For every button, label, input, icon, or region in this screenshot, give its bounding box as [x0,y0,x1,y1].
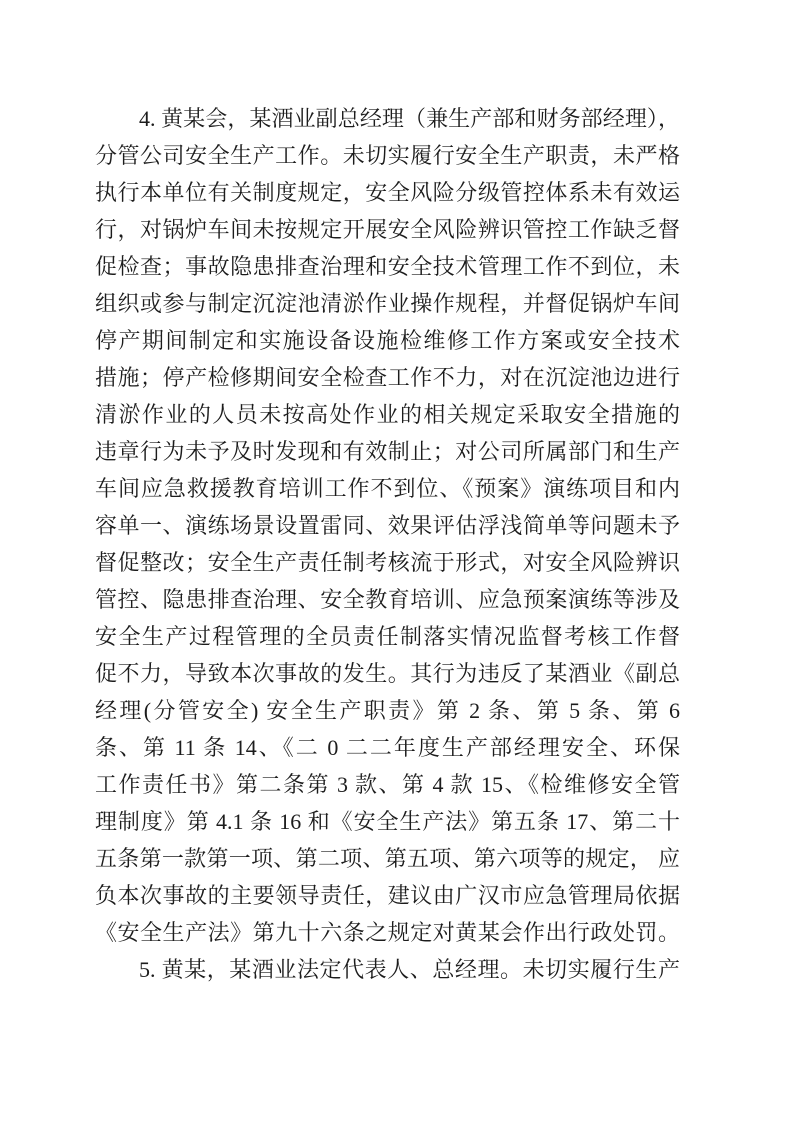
text-line: 督促整改；安全生产责任制考核流于形式，对安全风险辨识 [95,544,680,581]
text-line: 措施；停产检修期间安全检查工作不力，对在沉淀池边进行 [95,359,680,396]
text-line: 安全生产过程管理的全员责任制落实情况监督考核工作督 [95,618,680,655]
text-line: 工作责任书》第二条第 3 款、第 4 款 15、《检维修安全管 [95,766,680,803]
text-line: 促不力，导致本次事故的发生。其行为违反了某酒业《副总 [95,655,680,692]
text-line: 经理(分管安全) 安全生产职责》第 2 条、第 5 条、第 6 [95,692,680,729]
text-line: 条、第 11 条 14、《二 0 二二年度生产部经理安全、环保 [95,729,680,766]
text-line: 清淤作业的人员未按高处作业的相关规定采取安全措施的 [95,396,680,433]
text-line: 《安全生产法》第九十六条之规定对黄某会作出行政处罚。 [95,914,680,951]
document-page: 4. 黄某会，某酒业副总经理（兼生产部和财务部经理），分管公司安全生产工作。未切… [0,0,793,1122]
text-line: 促检查；事故隐患排查治理和安全技术管理工作不到位，未 [95,248,680,285]
paragraph-item-4-huang-mou-hui: 4. 黄某会，某酒业副总经理（兼生产部和财务部经理），分管公司安全生产工作。未切… [95,100,680,951]
text-line: 五条第一款第一项、第二项、第五项、第六项等的规定， 应 [95,840,680,877]
text-line: 4. 黄某会，某酒业副总经理（兼生产部和财务部经理）， [95,100,680,137]
text-line: 理制度》第 4.1 条 16 和《安全生产法》第五条 17、第二十 [95,803,680,840]
text-line: 5. 黄某，某酒业法定代表人、总经理。未切实履行生产 [95,951,680,988]
text-line: 停产期间制定和实施设备设施检维修工作方案或安全技术 [95,322,680,359]
text-line: 管控、隐患排查治理、安全教育培训、应急预案演练等涉及 [95,581,680,618]
text-line: 违章行为未予及时发现和有效制止；对公司所属部门和生产 [95,433,680,470]
text-line: 组织或参与制定沉淀池清淤作业操作规程，并督促锅炉车间 [95,285,680,322]
text-line: 分管公司安全生产工作。未切实履行安全生产职责，未严格 [95,137,680,174]
text-line: 执行本单位有关制度规定，安全风险分级管控体系未有效运 [95,174,680,211]
text-line: 负本次事故的主要领导责任，建议由广汉市应急管理局依据 [95,877,680,914]
text-line: 行，对锅炉车间未按规定开展安全风险辨识管控工作缺乏督 [95,211,680,248]
text-line: 车间应急救援教育培训工作不到位、《预案》演练项目和内 [95,470,680,507]
text-line: 容单一、演练场景设置雷同、效果评估浮浅简单等问题未予 [95,507,680,544]
paragraph-item-5-huang-mou: 5. 黄某，某酒业法定代表人、总经理。未切实履行生产 [95,951,680,988]
document-body: 4. 黄某会，某酒业副总经理（兼生产部和财务部经理），分管公司安全生产工作。未切… [95,100,680,988]
